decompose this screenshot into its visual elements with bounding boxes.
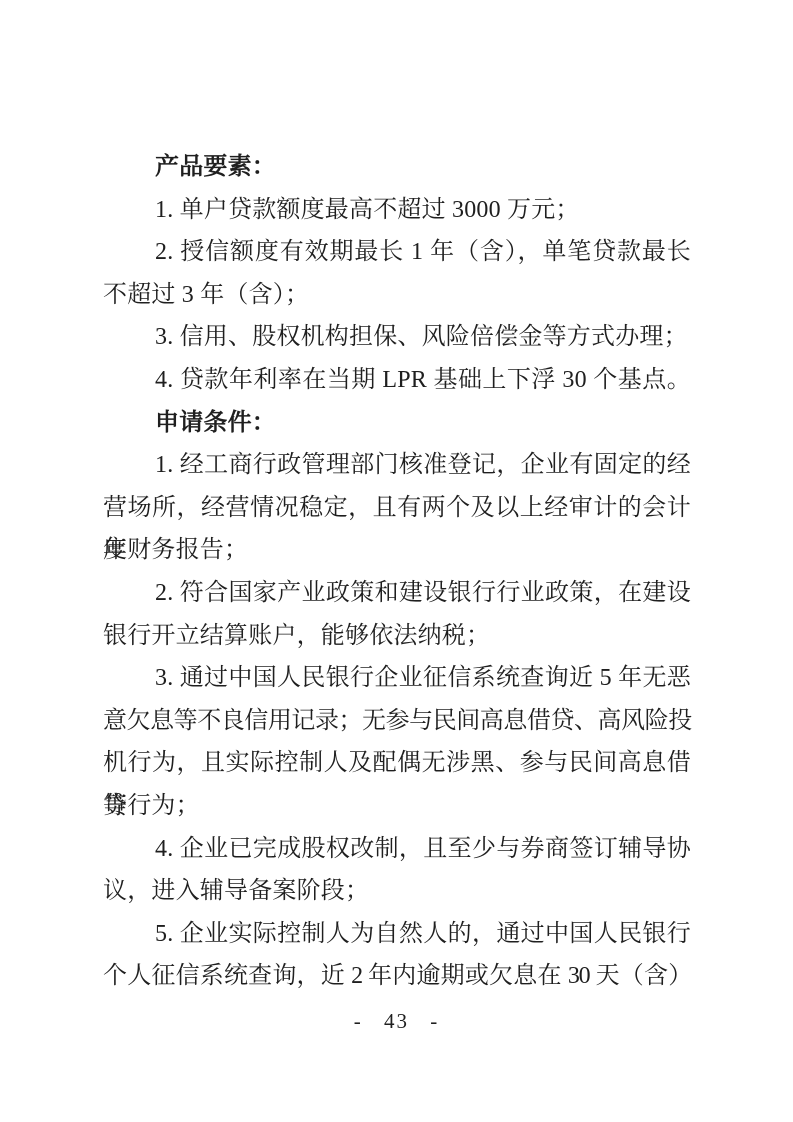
text-line: 银行开立结算账户，能够依法纳税； [103, 615, 691, 658]
text-line: 议，进入辅导备案阶段； [103, 870, 691, 913]
text-line: 意欠息等不良信用记录；无参与民间高息借贷、高风险投 [103, 700, 691, 743]
text-line: 4. 企业已完成股权改制，且至少与券商签订辅导协 [103, 828, 691, 871]
text-line: 等行为； [103, 785, 691, 828]
page-footer: - 43 - [0, 1006, 793, 1036]
page-number: - 43 - [354, 1009, 440, 1033]
text-line: 2. 授信额度有效期最长 1 年（含），单笔贷款最长 [103, 231, 691, 274]
section-heading: 产品要素： [103, 146, 691, 189]
text-line: 营场所，经营情况稳定，且有两个及以上经审计的会计年 [103, 487, 691, 530]
text-line: 机行为，且实际控制人及配偶无涉黑、参与民间高息借贷 [103, 742, 691, 785]
text-line: 2. 符合国家产业政策和建设银行行业政策，在建设 [103, 572, 691, 615]
text-line: 3. 通过中国人民银行企业征信系统查询近 5 年无恶 [103, 657, 691, 700]
text-line: 1. 单户贷款额度最高不超过 3000 万元； [103, 189, 691, 232]
text-line: 个人征信系统查询，近 2 年内逾期或欠息在 30 天（含） [103, 955, 691, 998]
text-line: 5. 企业实际控制人为自然人的，通过中国人民银行 [103, 913, 691, 956]
text-line: 3. 信用、股权机构担保、风险倍偿金等方式办理； [103, 316, 691, 359]
text-line: 不超过 3 年（含）； [103, 274, 691, 317]
text-line: 4. 贷款年利率在当期 LPR 基础上下浮 30 个基点。 [103, 359, 691, 402]
section-heading: 申请条件： [103, 402, 691, 445]
document-page: 产品要素：1. 单户贷款额度最高不超过 3000 万元；2. 授信额度有效期最长… [0, 0, 793, 1122]
text-line: 1. 经工商行政管理部门核准登记，企业有固定的经 [103, 444, 691, 487]
document-body: 产品要素：1. 单户贷款额度最高不超过 3000 万元；2. 授信额度有效期最长… [103, 146, 691, 998]
text-line: 度财务报告； [103, 529, 691, 572]
